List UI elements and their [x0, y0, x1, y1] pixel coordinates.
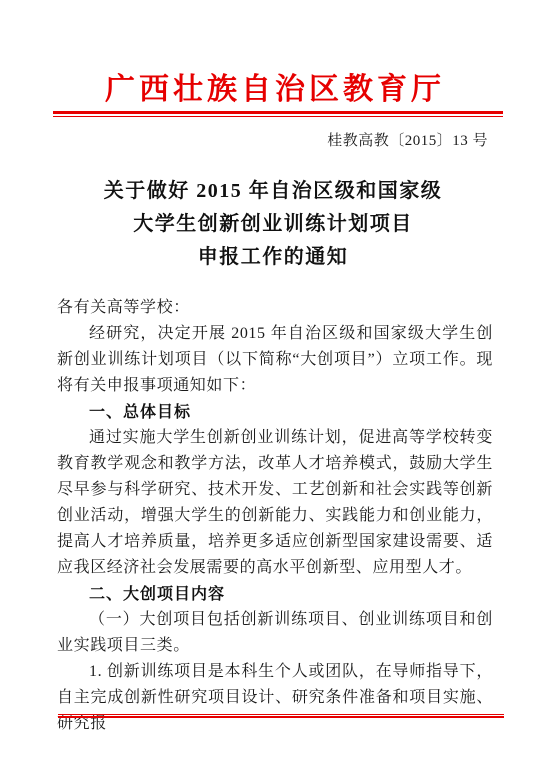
document-title-line-2: 大学生创新创业训练计划项目	[0, 208, 546, 241]
document-number: 桂教高教〔2015〕13 号	[327, 131, 488, 151]
document-page: 广西壮族自治区教育厅 桂教高教〔2015〕13 号 关于做好 2015 年自治区…	[0, 0, 546, 772]
document-body: 各有关高等学校： 经研究，决定开展 2015 年自治区级和国家级大学生创新创业训…	[57, 295, 493, 737]
agency-name: 广西壮族自治区教育厅	[0, 72, 546, 108]
footer-divider-line	[58, 714, 504, 718]
document-title-line-3: 申报工作的通知	[0, 241, 546, 274]
document-title: 关于做好 2015 年自治区级和国家级 大学生创新创业训练计划项目 申报工作的通…	[0, 175, 546, 274]
body-paragraph: 1. 创新训练项目是本科生个人或团队，在导师指导下，自主完成创新性研究项目设计、…	[57, 659, 493, 737]
document-title-line-1: 关于做好 2015 年自治区级和国家级	[0, 175, 546, 208]
body-paragraph: 通过实施大学生创新创业训练计划，促进高等学校转变教育教学观念和教学方法，改革人才…	[57, 425, 493, 581]
section-heading: 一、总体目标	[57, 399, 493, 425]
body-paragraph: 经研究，决定开展 2015 年自治区级和国家级大学生创新创业训练计划项目（以下简…	[57, 321, 493, 399]
salutation: 各有关高等学校：	[57, 295, 493, 321]
header-divider-line	[53, 111, 503, 117]
section-heading: 二、大创项目内容	[57, 581, 493, 607]
body-paragraph: （一）大创项目包括创新训练项目、创业训练项目和创业实践项目三类。	[57, 607, 493, 659]
